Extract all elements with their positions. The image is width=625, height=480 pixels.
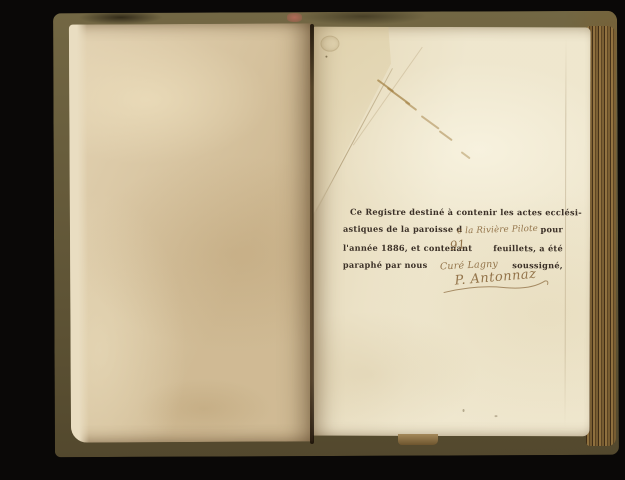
stain-mark: [405, 101, 417, 111]
page-bottom-tab: [398, 434, 438, 445]
printed-text: pour: [541, 221, 563, 238]
left-page-edge: [69, 25, 89, 443]
register-scan: Ce Registre destiné à contenir les actes…: [0, 0, 625, 480]
speck: [495, 415, 498, 417]
declaration-line-3: l'année 1886, et contenant 91 feuillets,…: [343, 239, 563, 258]
printed-text: feuillets, a été: [493, 240, 563, 257]
stain-mark: [421, 115, 440, 130]
page-block-fore-edge: [586, 26, 616, 446]
speck: [463, 409, 465, 412]
right-page: Ce Registre destiné à contenir les actes…: [312, 27, 590, 437]
handwritten-folio-count: 91: [449, 236, 467, 255]
book-gutter: [310, 24, 314, 444]
printed-text: astiques de la paroisse d: [343, 221, 462, 238]
printed-text: paraphé par nous: [343, 257, 428, 274]
printed-declaration: Ce Registre destiné à contenir les actes…: [343, 204, 563, 275]
spine-red-mark: [287, 13, 302, 22]
declaration-line-1: Ce Registre destiné à contenir les actes…: [343, 204, 563, 222]
stain-mark: [461, 151, 471, 159]
speck: [325, 56, 327, 58]
stain-mark: [439, 130, 453, 141]
page-edge-impression: [564, 37, 566, 427]
handwritten-parish-name: e la Rivière Pilote: [457, 221, 539, 241]
ring-stain: [320, 36, 339, 52]
left-page: [69, 23, 313, 442]
printed-text: Ce Registre destiné à contenir les actes…: [350, 204, 582, 222]
